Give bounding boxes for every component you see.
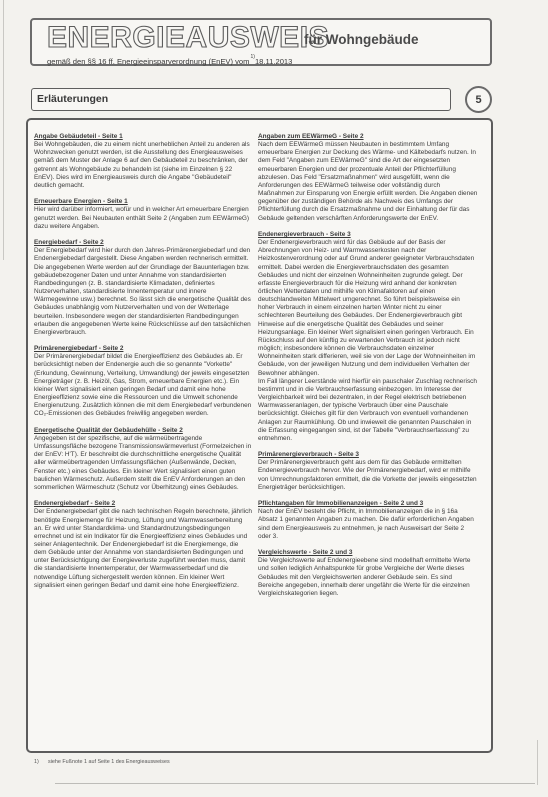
scan-page-edge	[55, 783, 535, 784]
entry-paragraph: Der Endenergieverbrauch wird für das Geb…	[258, 239, 478, 378]
legal-basis: gemäß den §§ 16 ff. Energieeinsparverord…	[47, 54, 292, 66]
entry-body: Bei Wohngebäuden, die zu einem nicht une…	[34, 141, 252, 190]
explanation-entry: Endenergieverbrauch - Seite 3 Der Endene…	[258, 231, 478, 443]
page-number-badge: 5	[465, 86, 492, 113]
explanation-entry: Erneuerbare Energien - Seite 1 Hier wird…	[34, 198, 252, 231]
explanation-entry: Vergleichswerte - Seite 2 und 3 Die Verg…	[258, 549, 478, 598]
explanation-entry: Energetische Qualität der Gebäudehülle -…	[34, 427, 252, 492]
entry-heading: Angaben zum EEWärmeG - Seite 2	[258, 133, 478, 141]
entry-body: Die Vergleichswerte auf Endenergieebene …	[258, 557, 478, 598]
entry-heading: Endenergieverbrauch - Seite 3	[258, 231, 478, 239]
scan-page-edge	[3, 0, 4, 260]
entry-body: Der Endenergiebedarf gibt die nach techn…	[34, 508, 252, 590]
entry-heading: Endenergiebedarf - Seite 2	[34, 500, 252, 508]
entry-paragraph: Im Fall längerer Leerstände wird hierfür…	[258, 378, 478, 443]
entry-body: Angegeben ist der spezifische, auf die w…	[34, 435, 252, 492]
explanation-entry: Pflichtangaben für Immobilienanzeigen - …	[258, 500, 478, 541]
scan-page-edge	[537, 740, 538, 785]
entry-heading: Pflichtangaben für Immobilienanzeigen - …	[258, 500, 478, 508]
entry-heading: Energiebedarf - Seite 2	[34, 239, 252, 247]
explanation-entry: Primärenergiebedarf - Seite 2 Der Primär…	[34, 345, 252, 418]
explanation-entry: Angaben zum EEWärmeG - Seite 2 Nach dem …	[258, 133, 478, 223]
entry-heading: Primärenergiebedarf - Seite 2	[34, 345, 252, 353]
footnote-mark: 1)	[34, 759, 48, 765]
entry-heading: Erneuerbare Energien - Seite 1	[34, 198, 252, 206]
explanation-entry: Energiebedarf - Seite 2 Der Energiebedar…	[34, 239, 252, 337]
entry-body: Hier wird darüber informiert, wofür und …	[34, 206, 252, 230]
entry-body: Der Endenergieverbrauch wird für das Geb…	[258, 239, 478, 443]
explanations-box: Angabe Gebäudeteil - Seite 1 Bei Wohngeb…	[26, 118, 493, 753]
entry-heading: Angabe Gebäudeteil - Seite 1	[34, 133, 252, 141]
section-title-bar: Erläuterungen	[31, 88, 451, 111]
document-header: ENERGIEAUSWEIS für Wohngebäude gemäß den…	[30, 18, 492, 66]
document-title: ENERGIEAUSWEIS	[47, 22, 329, 54]
document-subtitle: für Wohngebäude	[304, 32, 419, 47]
legal-basis-text: gemäß den §§ 16 ff. Energieeinsparverord…	[47, 57, 249, 66]
explanation-entry: Primärenergieverbrauch - Seite 3 Der Pri…	[258, 451, 478, 492]
footnote: 1)siehe Fußnote 1 auf Seite 1 des Energi…	[34, 759, 170, 765]
entry-heading: Energetische Qualität der Gebäudehülle -…	[34, 427, 252, 435]
entry-heading: Primärenergieverbrauch - Seite 3	[258, 451, 478, 459]
explanation-entry: Angabe Gebäudeteil - Seite 1 Bei Wohngeb…	[34, 133, 252, 190]
explanation-entry: Endenergiebedarf - Seite 2 Der Endenergi…	[34, 500, 252, 590]
entry-body: Der Energiebedarf wird hier durch den Ja…	[34, 247, 252, 337]
footnote-text: siehe Fußnote 1 auf Seite 1 des Energiea…	[48, 759, 170, 765]
entry-body: Nach der EnEV besteht die Pflicht, in Im…	[258, 508, 478, 541]
entry-heading: Vergleichswerte - Seite 2 und 3	[258, 549, 478, 557]
regulation-date: 18.11.2013	[255, 57, 292, 66]
entry-body: Der Primärenergieverbrauch geht aus dem …	[258, 459, 478, 492]
entry-body: Der Primärenergiebedarf bildet die Energ…	[34, 353, 252, 418]
entry-body: Nach dem EEWärmeG müssen Neubauten in be…	[258, 141, 478, 223]
right-column: Angaben zum EEWärmeG - Seite 2 Nach dem …	[258, 133, 478, 606]
left-column: Angabe Gebäudeteil - Seite 1 Bei Wohngeb…	[34, 133, 252, 598]
section-title: Erläuterungen	[37, 93, 108, 105]
